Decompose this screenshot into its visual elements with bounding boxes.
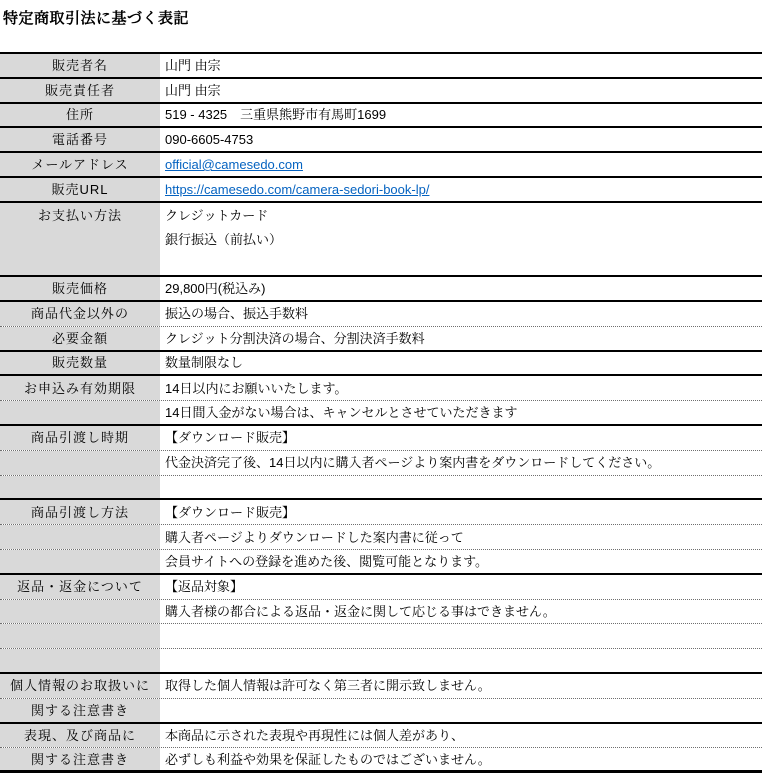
- row-label: 販売者名: [0, 54, 160, 77]
- row-label: 関する注意書き: [0, 699, 160, 722]
- row-value: 090-6605-4753: [160, 128, 762, 151]
- table-row: [0, 624, 762, 649]
- row-label: [0, 228, 160, 253]
- table-row: 商品代金以外の振込の場合、振込手数料: [0, 302, 762, 327]
- row-label: 商品引渡し時期: [0, 426, 160, 450]
- row-label: 返品・返金について: [0, 575, 160, 599]
- row-label: メールアドレス: [0, 153, 160, 176]
- row-label: 販売数量: [0, 352, 160, 375]
- row-value: https://camesedo.com/camera-sedori-book-…: [160, 178, 762, 201]
- table-row: 販売URLhttps://camesedo.com/camera-sedori-…: [0, 178, 762, 203]
- table-row: お申込み有効期限14日以内にお願いいたします。: [0, 376, 762, 401]
- row-value: クレジット分割決済の場合、分割決済手数料: [160, 327, 762, 350]
- row-label: 販売責任者: [0, 79, 160, 102]
- row-value: 振込の場合、振込手数料: [160, 302, 762, 326]
- table-row: 銀行振込（前払い）: [0, 228, 762, 253]
- table-row: 商品引渡し時期【ダウンロード販売】: [0, 426, 762, 451]
- row-value: 29,800円(税込み): [160, 277, 762, 300]
- table-row: 販売責任者山門 由宗: [0, 79, 762, 104]
- table-row: 代金決済完了後、14日以内に購入者ページより案内書をダウンロードしてください。: [0, 451, 762, 476]
- email-link[interactable]: official@camesedo.com: [165, 158, 303, 171]
- table-row: 会員サイトへの登録を進めた後、閲覧可能となります。: [0, 550, 762, 575]
- row-label: お支払い方法: [0, 203, 160, 228]
- row-value: 【ダウンロード販売】: [160, 500, 762, 524]
- table-row: 電話番号090-6605-4753: [0, 128, 762, 153]
- row-label: 商品代金以外の: [0, 302, 160, 326]
- sales-url-link[interactable]: https://camesedo.com/camera-sedori-book-…: [165, 183, 429, 196]
- page: 特定商取引法に基づく表記 販売者名山門 由宗販売責任者山門 由宗住所519 - …: [0, 0, 762, 773]
- row-value: 14日以内にお願いいたします。: [160, 376, 762, 400]
- row-value: 【返品対象】: [160, 575, 762, 599]
- table-row: 個人情報のお取扱いに取得した個人情報は許可なく第三者に開示致しません。: [0, 674, 762, 699]
- table-row: 関する注意書き必ずしも利益や効果を保証したものではございません。: [0, 748, 762, 773]
- row-label: 商品引渡し方法: [0, 500, 160, 524]
- row-label: お申込み有効期限: [0, 376, 160, 400]
- row-value: 銀行振込（前払い）: [160, 228, 762, 253]
- row-value: 会員サイトへの登録を進めた後、閲覧可能となります。: [160, 550, 762, 573]
- row-value: 購入者様の都合による返品・返金に関して応じる事はできません。: [160, 600, 762, 624]
- table-row: お支払い方法クレジットカード: [0, 203, 762, 228]
- row-label: 電話番号: [0, 128, 160, 151]
- table-row: 関する注意書き: [0, 699, 762, 724]
- table-row: [0, 476, 762, 501]
- row-value: 519 - 4325 三重県熊野市有馬町1699: [160, 104, 762, 127]
- row-value: 本商品に示された表現や再現性には個人差があり、: [160, 724, 762, 748]
- table-row: 販売価格29,800円(税込み): [0, 277, 762, 302]
- row-value: [160, 624, 762, 648]
- table-row: 住所519 - 4325 三重県熊野市有馬町1699: [0, 104, 762, 129]
- row-label: [0, 252, 160, 275]
- row-label: 個人情報のお取扱いに: [0, 674, 160, 698]
- row-value: 取得した個人情報は許可なく第三者に開示致しません。: [160, 674, 762, 698]
- row-value: 数量制限なし: [160, 352, 762, 375]
- row-value: 【ダウンロード販売】: [160, 426, 762, 450]
- row-value: 代金決済完了後、14日以内に購入者ページより案内書をダウンロードしてください。: [160, 451, 762, 475]
- page-title: 特定商取引法に基づく表記: [0, 0, 762, 52]
- row-value: 山門 由宗: [160, 79, 762, 102]
- row-label: 関する注意書き: [0, 748, 160, 770]
- row-value: [160, 476, 762, 499]
- disclosure-table: 販売者名山門 由宗販売責任者山門 由宗住所519 - 4325 三重県熊野市有馬…: [0, 52, 762, 773]
- table-row: 必要金額クレジット分割決済の場合、分割決済手数料: [0, 327, 762, 352]
- row-label: 住所: [0, 104, 160, 127]
- table-row: 表現、及び商品に本商品に示された表現や再現性には個人差があり、: [0, 724, 762, 749]
- table-row: 14日間入金がない場合は、キャンセルとさせていただきます: [0, 401, 762, 426]
- row-label: 表現、及び商品に: [0, 724, 160, 748]
- table-row: 販売数量数量制限なし: [0, 352, 762, 377]
- row-label: [0, 401, 160, 424]
- table-row: 購入者ページよりダウンロードした案内書に従って: [0, 525, 762, 550]
- row-label: [0, 624, 160, 648]
- table-row: 返品・返金について【返品対象】: [0, 575, 762, 600]
- row-value: 山門 由宗: [160, 54, 762, 77]
- row-value: [160, 252, 762, 275]
- table-row: 販売者名山門 由宗: [0, 54, 762, 79]
- row-label: 販売価格: [0, 277, 160, 300]
- row-label: 必要金額: [0, 327, 160, 350]
- row-label: [0, 525, 160, 549]
- table-row: メールアドレスofficial@camesedo.com: [0, 153, 762, 178]
- row-label: 販売URL: [0, 178, 160, 201]
- row-label: [0, 550, 160, 573]
- row-label: [0, 649, 160, 672]
- row-value: [160, 699, 762, 722]
- table-row: [0, 649, 762, 674]
- table-row: 商品引渡し方法【ダウンロード販売】: [0, 500, 762, 525]
- row-value: 購入者ページよりダウンロードした案内書に従って: [160, 525, 762, 549]
- row-value: 14日間入金がない場合は、キャンセルとさせていただきます: [160, 401, 762, 424]
- row-value: official@camesedo.com: [160, 153, 762, 176]
- row-value: クレジットカード: [160, 203, 762, 228]
- row-label: [0, 476, 160, 499]
- row-value: [160, 649, 762, 672]
- row-label: [0, 451, 160, 475]
- row-value: 必ずしも利益や効果を保証したものではございません。: [160, 748, 762, 770]
- table-row: [0, 252, 762, 277]
- row-label: [0, 600, 160, 624]
- table-row: 購入者様の都合による返品・返金に関して応じる事はできません。: [0, 600, 762, 625]
